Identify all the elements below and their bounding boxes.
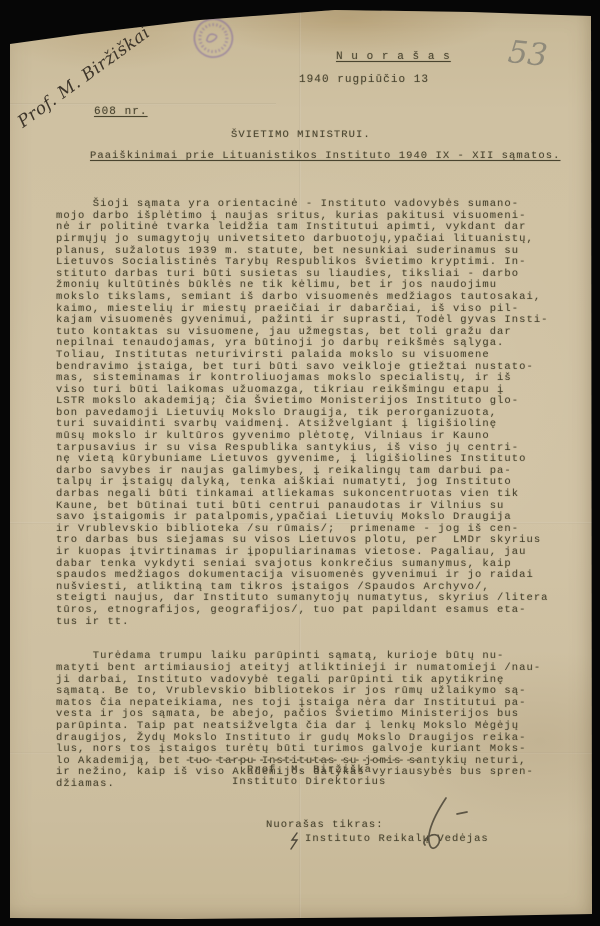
document-number: 608 nr.: [94, 107, 148, 119]
signatory-title: Instituto Direktorius: [232, 777, 386, 789]
document-page: Prof. M. Biržiškai N u o r a š a s 1940 …: [0, 0, 600, 926]
handwritten-page-number: 53: [506, 34, 549, 74]
scanned-document: Prof. M. Biržiškai N u o r a š a s 1940 …: [0, 0, 600, 926]
document-date: 1940 rugpiūčio 13: [299, 75, 429, 87]
signatory-name: Prof. M. Biržiška: [247, 765, 372, 777]
certification-label: Nuorašas tikras:: [266, 820, 384, 832]
pen-scribble-icon: [289, 832, 301, 850]
document-body: Šioji sąmata yra orientacinė - Instituto…: [56, 176, 549, 814]
copy-label: N u o r a š a s: [336, 52, 451, 64]
handwritten-signature-icon: [402, 795, 474, 859]
round-ink-stamp-icon: [186, 12, 242, 68]
body-paragraph-1: Šioji sąmata yra orientacinė - Instituto…: [56, 199, 549, 628]
subject-line: Paaiškinimai prie Lituanistikos Institut…: [90, 151, 560, 163]
addressee-line: ŠVIETIMO MINISTRUI.: [231, 130, 371, 142]
